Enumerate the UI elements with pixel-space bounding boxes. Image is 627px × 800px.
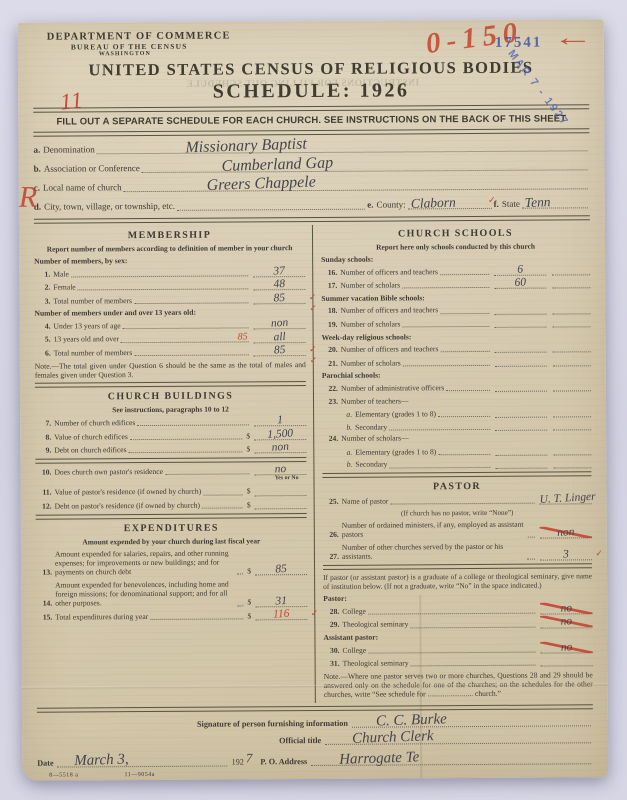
question-number: 18.: [321, 306, 337, 315]
question-label: Total number of members: [54, 348, 133, 358]
question-number: 8.: [35, 432, 51, 441]
question-label: Number of church edifices: [54, 418, 135, 428]
printed-year-prefix: 192: [232, 757, 244, 766]
handwritten-signature: C. C. Burke: [376, 711, 447, 730]
field-association: b. Association or Conference Cumberland …: [34, 158, 590, 173]
question-row: 24.Number of scholars—: [322, 433, 591, 444]
red-check-mark: ✓: [309, 292, 317, 303]
group-label: Parochial schools:: [322, 370, 591, 381]
question-row: 7.Number of church edifices1: [35, 416, 306, 428]
handwritten-answer: 60: [494, 275, 547, 292]
question-label: Number of scholars: [341, 358, 401, 368]
question-label: Amount expended for salaries, repairs, a…: [55, 548, 235, 577]
question-label: Elementary (grades 1 to 8): [355, 409, 436, 419]
question-row: b.Secondary: [322, 458, 591, 470]
question-row: 28.Collegeno: [323, 604, 592, 616]
dotted-leader: [440, 351, 489, 352]
dotted-leader: [410, 626, 535, 628]
dotted-answer-line: Harrogate Te: [311, 752, 591, 766]
divider-rule: [35, 381, 306, 388]
question-number: 16.: [321, 268, 337, 277]
dotted-leader: [237, 605, 243, 606]
question-row: 30.Collegeno: [323, 643, 592, 655]
red-arrow-annotation: ←: [552, 25, 593, 52]
question-number: 15.: [36, 613, 52, 622]
dotted-answer-line: Greers Chappele: [124, 177, 588, 192]
question-label: Number of officers and teachers: [341, 344, 439, 354]
dotted-leader: [411, 665, 536, 667]
secondary-answer-cell: [552, 265, 590, 275]
handwritten-answer: Missionary Baptist: [185, 135, 307, 157]
dotted-leader: [134, 355, 248, 357]
instruction-paragraph: If pastor (or assistant pastor) is a gra…: [323, 571, 592, 591]
dotted-leader: [527, 558, 535, 559]
section-subheader: Report number of members according to de…: [40, 243, 299, 254]
handwritten-address: Harrogate Te: [339, 749, 420, 769]
form-title: UNITED STATES CENSUS OF RELIGIOUS BODIES: [33, 57, 589, 80]
dollar-sign: $: [246, 431, 250, 440]
section-header: CHURCH SCHOOLS: [321, 227, 590, 241]
question-number: 21.: [322, 359, 338, 368]
answer-line: 85: [255, 566, 307, 576]
form-code: 8—5518 a: [49, 772, 78, 778]
dotted-leader: [134, 302, 248, 304]
question-number: 9.: [35, 446, 51, 455]
census-schedule-form: INSTRUCTIONS FOR FILLING OUT SCHEDULE 0-…: [18, 19, 609, 781]
group-label: Summer vacation Bible schools:: [321, 292, 590, 303]
red-check-mark: ✓: [311, 608, 319, 619]
dotted-leader: [130, 438, 243, 440]
question-number: 31.: [324, 659, 340, 668]
handwritten-answer: 85: [253, 342, 306, 359]
question-row: a.Elementary (grades 1 to 8): [322, 446, 591, 458]
form-code: 11—9054a: [124, 771, 154, 777]
bleedthrough-text: INSTRUCTIONS FOR FILLING OUT SCHEDULE: [186, 78, 419, 89]
dotted-leader: [389, 467, 490, 469]
margin-check-mark: ✓: [310, 355, 318, 366]
field-label: County:: [377, 199, 406, 209]
dollar-sign: $: [247, 487, 251, 496]
question-number: 17.: [321, 281, 337, 290]
question-label: Debt on church edifices: [54, 445, 126, 455]
note-paragraph: Note.—The total given under Question 6 s…: [35, 360, 306, 380]
dotted-leader: [71, 275, 248, 277]
answer-line: non: [254, 319, 306, 329]
question-number: 10.: [35, 467, 51, 476]
answer-line: [495, 446, 547, 456]
divider-rule: [34, 215, 590, 223]
answer-line: [495, 421, 547, 431]
question-row: 29.Theological seminaryno: [323, 618, 592, 630]
dollar-sign: $: [247, 567, 251, 576]
handwritten-answer: no: [540, 639, 593, 656]
group-label: Week-day religious schools:: [322, 331, 591, 342]
handwritten-answer: Tenn: [524, 194, 550, 211]
section-header: MEMBERSHIP: [34, 229, 305, 243]
question-number: 22.: [322, 384, 338, 393]
question-label: Number of officers and teachers: [340, 267, 438, 277]
handwritten-answer: 85: [255, 561, 308, 578]
question-number: 27.: [323, 552, 339, 561]
question-row: 15.Total expenditures during year$116✓: [36, 610, 307, 622]
question-label: Male: [53, 269, 69, 278]
po-address-label: P. O. Address: [260, 757, 307, 766]
question-label: College: [342, 606, 366, 615]
dotted-leader: [137, 425, 249, 427]
question-label: Value of pastor's residence (if owned by…: [55, 487, 202, 497]
handwritten-year-digit: 7: [246, 750, 253, 766]
divider-rule: [33, 128, 589, 136]
answer-line: [255, 499, 307, 509]
question-row: 11.Value of pastor's residence (if owned…: [36, 486, 307, 498]
handwritten-answer: non: [539, 524, 592, 541]
field-letter: b.: [34, 164, 41, 174]
question-row: 2.Female48: [34, 281, 305, 293]
dotted-leader: [123, 328, 249, 330]
field-local-name: c. Local name of church Greers Chappele: [34, 177, 590, 192]
dotted-leader: [402, 326, 489, 328]
question-row: 6.Total number of members85✓: [35, 346, 306, 358]
red-check-mark: ✓: [309, 344, 317, 355]
answer-line: 3✓: [540, 550, 592, 560]
handwritten-answer: U. T. Linger: [539, 490, 592, 507]
signature-label: Signature of person furnishing informati…: [197, 718, 348, 728]
dollar-sign: $: [247, 611, 251, 620]
question-label: Number of officers and teachers: [340, 306, 438, 316]
date-address-row: Date March 3, 192 7 P. O. Address Harrog…: [37, 748, 593, 767]
question-number: 7.: [35, 419, 51, 428]
answer-line: non: [254, 443, 306, 453]
official-title-row: Official title Church Clerk: [279, 731, 593, 745]
answer-line: 85✓: [253, 294, 305, 304]
question-number: 11.: [36, 488, 52, 497]
question-number: b.: [344, 460, 352, 469]
dotted-leader: [438, 454, 490, 455]
answer-line: no: [540, 618, 592, 628]
serial-number-stamp: 17541: [495, 35, 543, 52]
dotted-answer-line: C. C. Burke: [352, 714, 591, 727]
answer-line: [494, 304, 546, 314]
answer-line: 60: [494, 279, 546, 289]
question-number: 28.: [323, 607, 339, 616]
question-number: 6.: [35, 349, 51, 358]
question-number: 23.: [322, 397, 338, 406]
question-label: Number of ordained ministers, if any, em…: [342, 520, 526, 540]
question-number: b.: [344, 422, 352, 431]
parenthetical-note: (If church has no pastor, write “None”): [323, 508, 592, 518]
question-number: 29.: [323, 620, 339, 629]
signature-section: Signature of person furnishing informati…: [37, 714, 593, 778]
form-body-columns: MEMBERSHIPReport number of members accor…: [34, 223, 593, 704]
question-number: 14.: [36, 599, 52, 608]
dotted-leader: [528, 536, 535, 537]
red-handwritten-11: 11: [59, 87, 85, 115]
divider-rule: [322, 471, 591, 478]
handwritten-title: Church Clerk: [351, 728, 433, 748]
answer-line: [495, 343, 547, 353]
dotted-leader: [389, 429, 490, 431]
question-number: 12.: [36, 501, 52, 510]
form-code-row: 8—5518 a 11—9054a: [49, 769, 593, 778]
question-number: 4.: [35, 322, 51, 331]
question-label: Number of administrative officers: [341, 383, 444, 393]
secondary-answer-cell: [553, 458, 591, 468]
question-row: a.Elementary (grades 1 to 8): [322, 408, 591, 420]
question-label: Theological seminary: [342, 620, 408, 630]
answer-line: 85✓: [254, 346, 306, 356]
question-row: 31.Theological seminary: [324, 657, 593, 669]
field-label: Association or Conference: [44, 163, 140, 174]
field-letter: a.: [33, 145, 40, 155]
question-row: ✓18.Number of officers and teachers: [321, 304, 590, 316]
dotted-leader: [203, 494, 243, 495]
dotted-answer-line: Tenn: [522, 196, 588, 208]
answer-line: [255, 486, 307, 496]
handwritten-answer: 116: [255, 606, 308, 623]
question-row: ✓21.Number of scholars: [322, 356, 591, 368]
question-number: 24.: [322, 434, 338, 443]
question-label: Number of teachers—: [341, 396, 409, 406]
question-label: Number of scholars: [340, 281, 400, 291]
question-label: 13 years old and over: [54, 335, 119, 345]
dollar-sign: $: [247, 500, 251, 509]
question-number: 20.: [322, 345, 338, 354]
answer-line: [495, 382, 547, 392]
signature-row: Signature of person furnishing informati…: [197, 714, 593, 728]
dollar-sign: $: [247, 598, 251, 607]
question-row: b.Secondary: [322, 420, 591, 432]
secondary-answer-cell: [552, 304, 590, 314]
question-label: Number of scholars—: [341, 434, 409, 444]
question-row: 5.13 years old and over85all: [35, 333, 306, 345]
secondary-answer-cell: [553, 343, 591, 353]
secondary-answer-cell: [553, 356, 591, 366]
divider-rule: [33, 104, 589, 112]
question-row: 16.Number of officers and teachers6: [321, 265, 590, 277]
answer-line: U. T. Linger: [540, 495, 592, 505]
dotted-leader: [446, 390, 490, 391]
handwritten-answer: no: [254, 461, 307, 478]
dotted-answer-line: March 3,: [58, 754, 228, 767]
handwritten-answer: Greers Chappele: [207, 174, 317, 196]
dotted-leader: [438, 416, 490, 417]
dotted-leader: [129, 452, 243, 454]
question-row: 12.Debt on pastor's residence (if owned …: [36, 499, 307, 511]
question-row: 4.Under 13 years of agenon: [35, 319, 306, 331]
red-check-mark: ✓: [595, 548, 603, 559]
question-row: 27.Number of other churches served by th…: [323, 541, 592, 561]
dotted-leader: [440, 274, 489, 275]
dollar-sign: $: [246, 445, 250, 454]
dotted-leader: [368, 613, 535, 615]
dotted-answer-line: Cumberland Gap: [142, 158, 588, 173]
group-label: Sunday schools:: [321, 254, 590, 265]
official-title-label: Official title: [279, 735, 321, 744]
red-annotation: 85: [238, 331, 248, 343]
banner-instruction: FILL OUT A SEPARATE SCHEDULE FOR EACH CH…: [33, 112, 589, 128]
field-label: State: [502, 199, 520, 209]
answer-line: [541, 657, 593, 667]
secondary-answer-cell: [552, 279, 590, 289]
dotted-leader: [390, 503, 534, 505]
secondary-answer-cell: [553, 408, 591, 418]
secondary-answer-cell: [553, 420, 591, 430]
handwritten-date: March 3,: [74, 751, 129, 770]
section-subheader: Amount expended by your church during la…: [42, 536, 301, 547]
question-row: 17.Number of scholars60: [321, 279, 590, 291]
question-label: College: [342, 645, 366, 654]
dotted-answer-line: Missionary Baptist: [97, 139, 588, 154]
dotted-leader: [402, 287, 489, 289]
field-label: Denomination: [43, 144, 95, 154]
question-label: Total number of members: [53, 296, 132, 306]
question-label: Theological seminary: [343, 658, 409, 668]
question-row: 10.Does church own pastor's residencenoY…: [35, 465, 306, 484]
red-check-mark: ✓: [488, 195, 496, 206]
question-row: 19.Number of scholars: [322, 318, 591, 330]
field-label: Local name of church: [43, 182, 122, 192]
answer-line: [495, 408, 547, 418]
date-label: Date: [37, 758, 53, 767]
question-number: 30.: [323, 645, 339, 654]
dotted-leader: [202, 507, 243, 508]
question-row: 9.Debt on church edifices$non: [35, 443, 306, 455]
secondary-answer-cell: [553, 318, 591, 328]
handwritten-answer: 85: [253, 290, 306, 307]
field-letter: e.: [367, 200, 373, 210]
divider-rule: [323, 563, 592, 570]
question-row: 14.Amount expended for benevolences, inc…: [36, 579, 307, 608]
dotted-leader: [237, 574, 243, 575]
question-row: 26.Number of ordained ministers, if any,…: [323, 519, 592, 539]
question-row: 3.Total number of members85✓: [34, 294, 305, 306]
question-number: 19.: [322, 320, 338, 329]
field-label: City, town, village, or township, etc.: [44, 201, 175, 212]
handwritten-answer: Claborn: [411, 195, 457, 212]
section-header: CHURCH BUILDINGS: [35, 390, 306, 404]
question-label: Name of pastor: [342, 497, 389, 507]
question-row: 8.Value of church edifices$1,500: [35, 430, 306, 442]
left-column: MEMBERSHIPReport number of members accor…: [34, 225, 315, 704]
answer-line: non: [540, 528, 592, 538]
dotted-leader: [368, 651, 535, 653]
question-label: Secondary: [355, 460, 387, 469]
dotted-leader: [78, 289, 249, 291]
red-handwritten-r: R: [19, 181, 38, 215]
question-label: Female: [53, 283, 75, 292]
field-denomination: a. Denomination Missionary Baptist: [33, 139, 589, 154]
answer-line: [495, 318, 547, 328]
question-number: 25.: [323, 497, 339, 506]
question-row: 23.Number of teachers—: [322, 395, 591, 406]
answer-line: no: [254, 465, 306, 475]
question-label: Amount expended for benevolences, includ…: [55, 579, 235, 608]
handwritten-answer: 3: [540, 546, 593, 563]
answer-line: no: [540, 643, 592, 653]
dotted-leader: [150, 619, 243, 621]
divider-rule: [37, 704, 593, 712]
question-number: a.: [344, 410, 352, 419]
question-label: Under 13 years of age: [54, 321, 121, 331]
question-label: Total expenditures during year: [55, 612, 148, 622]
dotted-answer-line: Church Clerk: [325, 731, 591, 745]
question-number: 13.: [36, 568, 52, 577]
question-label: Secondary: [355, 422, 387, 431]
question-number: 26.: [323, 530, 339, 539]
handwritten-answer: non: [254, 439, 307, 456]
question-number: 1.: [34, 269, 50, 278]
handwritten-answer: Cumberland Gap: [222, 154, 334, 176]
identification-fields: a. Denomination Missionary Baptist b. As…: [33, 139, 589, 211]
secondary-answer-cell: [553, 446, 591, 456]
dotted-answer-line: [177, 198, 365, 211]
answer-line: [495, 357, 547, 367]
question-number: 5.: [35, 335, 51, 344]
dotted-leader: [440, 313, 489, 314]
question-row: 20.Number of officers and teachers: [322, 343, 591, 355]
question-number: a.: [344, 448, 352, 457]
question-label: Number of other churches served by the p…: [342, 542, 526, 562]
dotted-leader: [121, 341, 249, 343]
question-label: Value of church edifices: [54, 432, 128, 442]
question-label: Number of scholars: [341, 319, 401, 329]
field-city-county-state: d. City, town, village, or township, etc…: [34, 196, 590, 211]
question-label: Elementary (grades 1 to 8): [355, 447, 436, 457]
dotted-answer-line: Claborn ✓: [408, 197, 492, 210]
dotted-leader: [403, 365, 490, 367]
section-subheader: Report here only schools conducted by th…: [327, 242, 584, 253]
question-row: 22.Number of administrative officers: [322, 382, 591, 394]
margin-check-mark: ✓: [309, 303, 317, 314]
question-number: 3.: [34, 296, 50, 305]
question-row: 13.Amount expended for salaries, repairs…: [36, 548, 307, 577]
secondary-answer-cell: [553, 382, 591, 392]
answer-line: 116✓: [255, 610, 307, 620]
handwritten-answer: no: [540, 613, 593, 630]
question-label: Debt on pastor's residence (if owned by …: [55, 500, 200, 510]
question-row: 25.Name of pastorU. T. Linger: [323, 495, 592, 507]
question-row: 1.Male37: [34, 267, 305, 279]
divider-rule: [36, 513, 307, 520]
right-column: CHURCH SCHOOLSReport here only schools c…: [312, 223, 593, 702]
section-header: EXPENDITURES: [36, 522, 307, 536]
answer-line: [495, 458, 547, 468]
question-number: 2.: [34, 283, 50, 292]
